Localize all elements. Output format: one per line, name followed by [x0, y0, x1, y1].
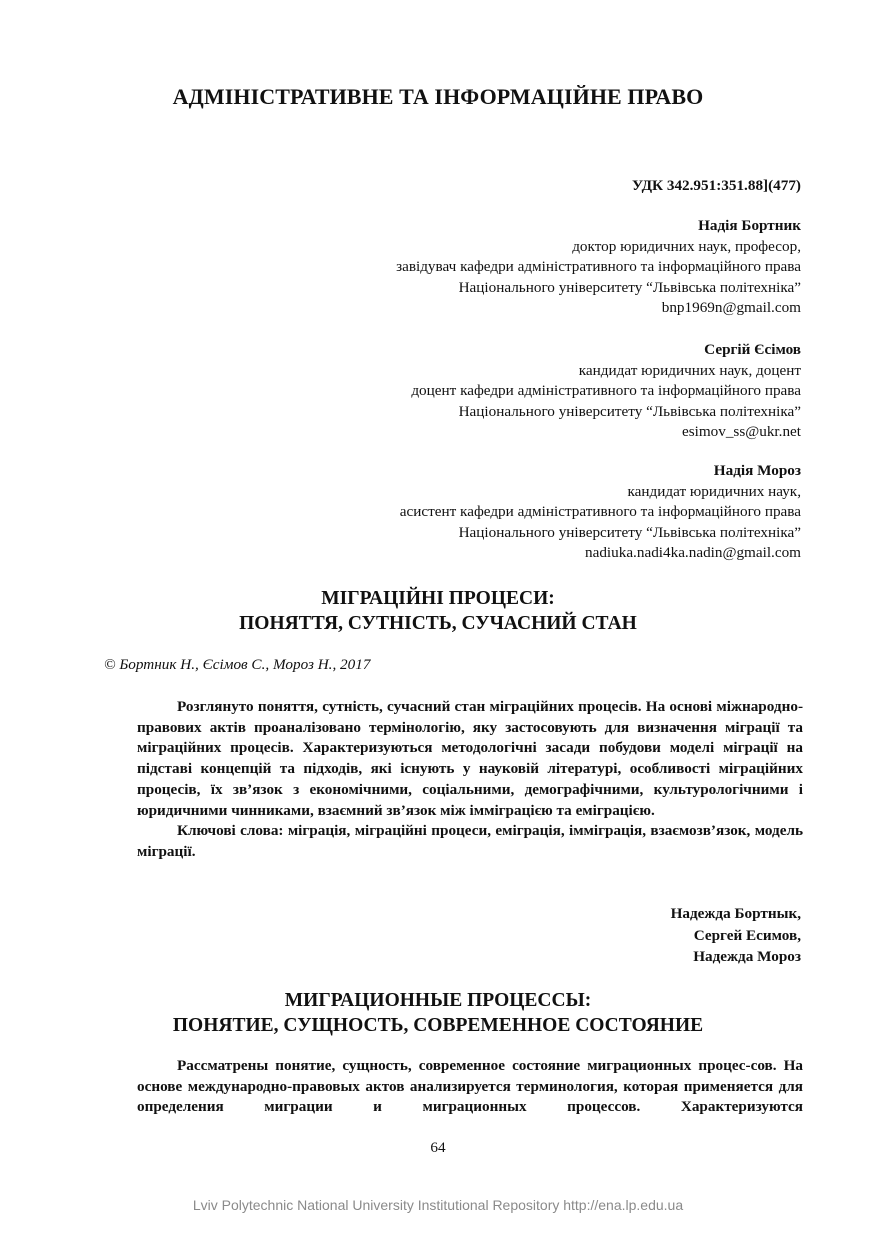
author-position: асистент кафедри адміністративного та ін… [400, 502, 801, 523]
authors-ru: Надежда Бортнык, Сергей Есимов, Надежда … [671, 903, 801, 968]
author-ru-1: Надежда Бортнык, [671, 903, 801, 925]
author-email[interactable]: bnp1969n@gmail.com [396, 298, 801, 319]
title-line-1: МІГРАЦІЙНІ ПРОЦЕСИ: [0, 586, 876, 611]
title-line-2: ПОНЯТТЯ, СУТНІСТЬ, СУЧАСНИЙ СТАН [0, 611, 876, 636]
author-name: Надія Бортник [396, 216, 801, 237]
author-position: доцент кафедри адміністративного та інфо… [411, 381, 801, 402]
article-title-ru: МИГРАЦИОННЫЕ ПРОЦЕССЫ: ПОНЯТИЕ, СУЩНОСТЬ… [0, 988, 876, 1038]
author-ru-3: Надежда Мороз [671, 946, 801, 968]
page-number: 64 [0, 1139, 876, 1157]
author-email[interactable]: nadiuka.nadi4ka.nadin@gmail.com [400, 543, 801, 564]
abstract-ru: Рассматрены понятие, сущность, современн… [137, 1056, 803, 1118]
copyright-notice: © Бортник Н., Єсімов С., Мороз Н., 2017 [104, 656, 370, 674]
title-line-2: ПОНЯТИЕ, СУЩНОСТЬ, СОВРЕМЕННОЕ СОСТОЯНИЕ [0, 1013, 876, 1038]
repository-footer[interactable]: Lviv Polytechnic National University Ins… [0, 1197, 876, 1213]
author-block-3: Надія Мороз кандидат юридичних наук, аси… [400, 461, 801, 564]
abstract-text: Розглянуто поняття, сутність, сучасний с… [137, 697, 803, 821]
author-name: Надія Мороз [400, 461, 801, 482]
author-position: завідувач кафедри адміністративного та і… [396, 257, 801, 278]
author-affiliation: Національного університету “Львівська по… [411, 402, 801, 423]
section-title: АДМІНІСТРАТИВНЕ ТА ІНФОРМАЦІЙНЕ ПРАВО [0, 84, 876, 110]
author-degree: доктор юридичних наук, професор, [396, 237, 801, 258]
author-name: Сергій Єсімов [411, 340, 801, 361]
author-block-1: Надія Бортник доктор юридичних наук, про… [396, 216, 801, 319]
author-block-2: Сергій Єсімов кандидат юридичних наук, д… [411, 340, 801, 443]
udk-code: УДК 342.951:351.88](477) [632, 177, 801, 195]
author-affiliation: Національного університету “Львівська по… [400, 523, 801, 544]
keywords: Ключові слова: міграція, міграційні проц… [137, 821, 803, 862]
author-affiliation: Національного університету “Львівська по… [396, 278, 801, 299]
author-email[interactable]: esimov_ss@ukr.net [411, 422, 801, 443]
author-ru-2: Сергей Есимов, [671, 925, 801, 947]
abstract-text: Рассматрены понятие, сущность, современн… [137, 1056, 803, 1118]
article-title-uk: МІГРАЦІЙНІ ПРОЦЕСИ: ПОНЯТТЯ, СУТНІСТЬ, С… [0, 586, 876, 636]
author-degree: кандидат юридичних наук, [400, 482, 801, 503]
abstract-uk: Розглянуто поняття, сутність, сучасний с… [137, 697, 803, 863]
title-line-1: МИГРАЦИОННЫЕ ПРОЦЕССЫ: [0, 988, 876, 1013]
author-degree: кандидат юридичних наук, доцент [411, 361, 801, 382]
